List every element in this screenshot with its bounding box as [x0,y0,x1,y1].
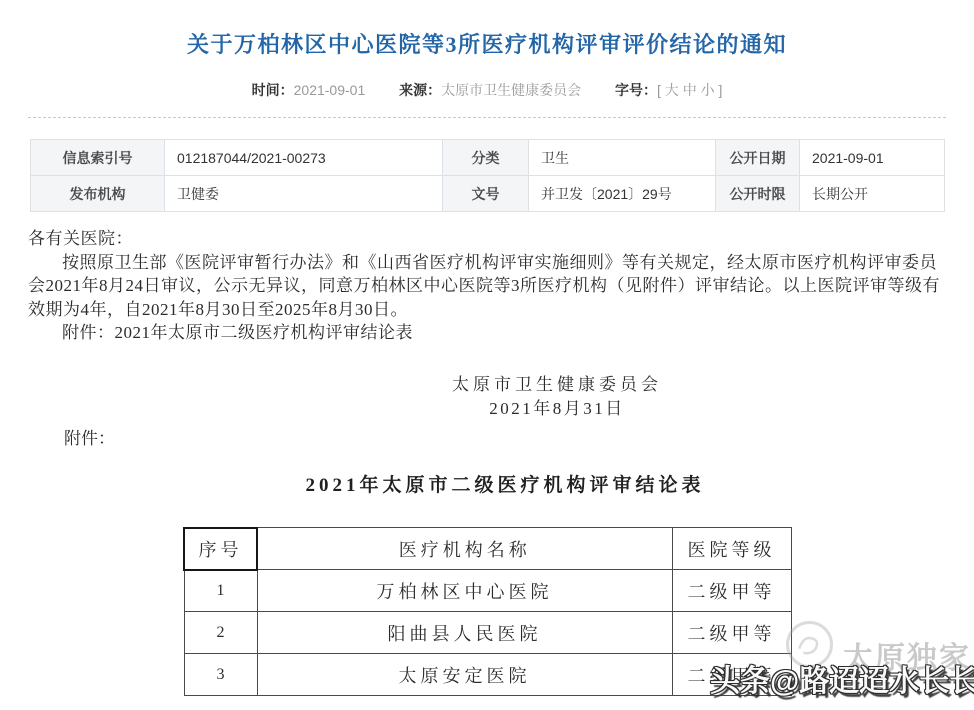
table-row: 2 阳曲县人民医院 二级甲等 [184,612,791,654]
meta-fontsize: 字号：[ 大 中 小 ] [615,82,722,98]
info-table-row: 发布机构 卫健委 文号 并卫发〔2021〕29号 公开时限 长期公开 [31,176,945,212]
attachment-note: 附件：2021年太原市二级医疗机构评审结论表 [28,321,946,345]
info-label-duration: 公开时限 [716,176,800,212]
font-size-switcher[interactable]: [ 大 中 小 ] [657,82,722,98]
body-paragraph: 按照原卫生部《医院评审暂行办法》和《山西省医疗机构评审实施细则》等有关规定，经太… [28,251,946,322]
header-seq: 序号 [184,528,257,570]
meta-source-label: 来源： [399,82,441,98]
row-seq: 3 [184,654,257,696]
info-label-agency: 发布机构 [31,176,165,212]
row-seq: 2 [184,612,257,654]
meta-time-label: 时间： [252,82,294,98]
meta-time: 时间：2021-09-01 [252,82,366,98]
meta-source-value: 太原市卫生健康委员会 [441,82,581,98]
info-label-pubdate: 公开日期 [716,140,800,176]
meta-source: 来源：太原市卫生健康委员会 [399,82,581,98]
notice-page: 关于万柏林区中心医院等3所医疗机构评审评价结论的通知 时间：2021-09-01… [0,0,974,710]
row-grade: 二级甲等 [672,612,791,654]
signature-date: 2021年8月31日 [392,397,722,421]
header-grade: 医院等级 [672,528,791,570]
row-grade: 二级甲等 [672,570,791,612]
row-seq: 1 [184,570,257,612]
info-value-index: 012187044/2021-00273 [165,140,443,176]
attachment-header-row: 序号 医疗机构名称 医院等级 [184,528,791,570]
info-value-duration: 长期公开 [800,176,945,212]
meta-fontsize-label: 字号： [615,82,657,98]
info-value-category: 卫生 [529,140,716,176]
main-watermark-text: 头条@路迢迢水长长 [710,656,974,700]
dashed-separator [28,117,946,118]
row-org-name: 太原安定医院 [257,654,672,696]
attachment-label: 附件： [64,427,974,451]
info-value-pubdate: 2021-09-01 [800,140,945,176]
table-row: 1 万柏林区中心医院 二级甲等 [184,570,791,612]
attachment-table: 序号 医疗机构名称 医院等级 1 万柏林区中心医院 二级甲等 2 阳曲县人民医院… [183,527,792,697]
salutation: 各有关医院： [28,227,946,251]
signature-block: 太原市卫生健康委员会 2021年8月31日 [392,373,722,421]
table-row: 3 太原安定医院 二级甲等 [184,654,791,696]
info-label-index: 信息索引号 [31,140,165,176]
signature-org: 太原市卫生健康委员会 [392,373,722,397]
document-info-table: 信息索引号 012187044/2021-00273 分类 卫生 公开日期 20… [30,139,945,212]
info-value-docnum: 并卫发〔2021〕29号 [529,176,716,212]
info-label-category: 分类 [443,140,529,176]
info-value-agency: 卫健委 [165,176,443,212]
page-title: 关于万柏林区中心医院等3所医疗机构评审评价结论的通知 [0,30,974,60]
meta-time-value: 2021-09-01 [294,82,366,98]
info-table-row: 信息索引号 012187044/2021-00273 分类 卫生 公开日期 20… [31,140,945,176]
document-body: 各有关医院： 按照原卫生部《医院评审暂行办法》和《山西省医疗机构评审实施细则》等… [28,227,946,345]
attachment-table-title: 2021年太原市二级医疗机构评审结论表 [18,473,974,499]
row-org-name: 阳曲县人民医院 [257,612,672,654]
header-org-name: 医疗机构名称 [257,528,672,570]
row-org-name: 万柏林区中心医院 [257,570,672,612]
meta-line: 时间：2021-09-01 来源：太原市卫生健康委员会 字号：[ 大 中 小 ] [0,82,974,98]
info-label-docnum: 文号 [443,176,529,212]
